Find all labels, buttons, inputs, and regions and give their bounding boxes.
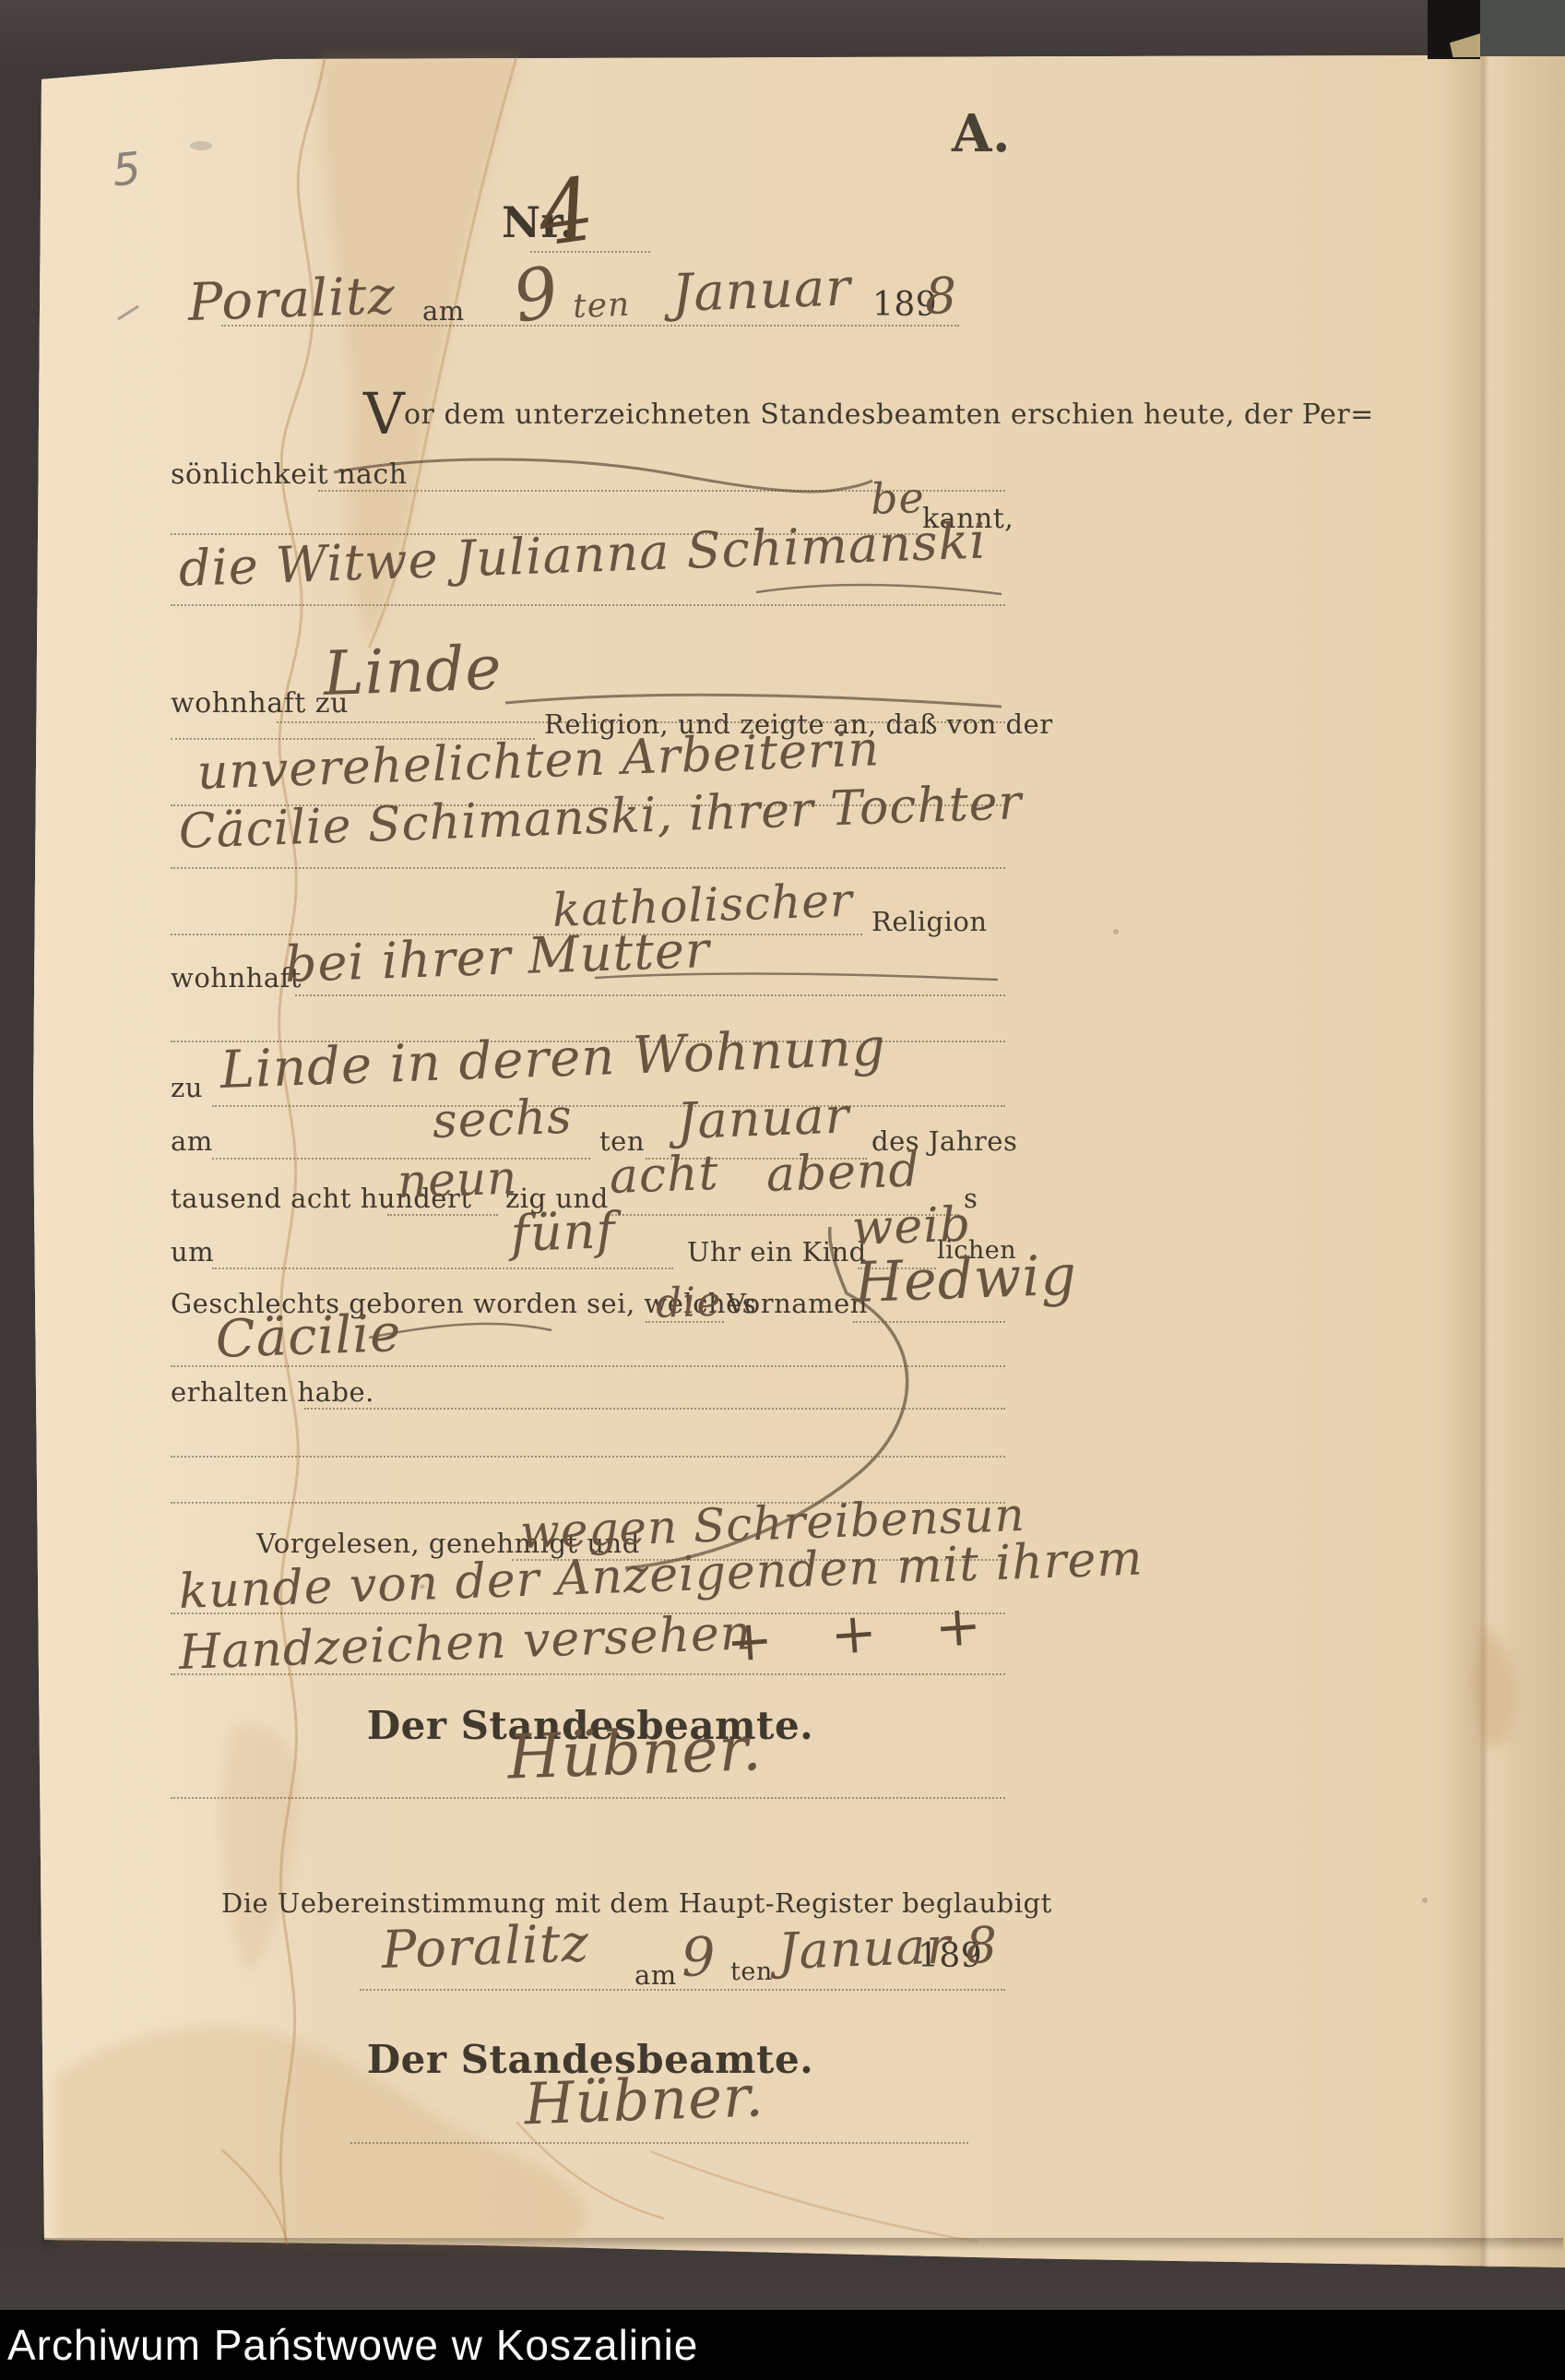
- dotted-rule: [295, 994, 1005, 996]
- residence-label: wohnhaft zu: [171, 687, 349, 720]
- erhalten-label: erhalten habe.: [171, 1376, 374, 1408]
- cert-place: Poralitz: [381, 1913, 590, 1981]
- head-date-ten: ten: [573, 286, 631, 326]
- birthtime-uhr: Uhr ein Kind: [687, 1236, 867, 1267]
- birthdate-unit: acht: [609, 1146, 720, 1205]
- religion-label: Religion: [871, 906, 988, 937]
- dotted-rule: [212, 1105, 1005, 1107]
- document-scan: 5 A. Nr. 4 Poralitz am 9 ten Januar 189 …: [0, 0, 1565, 2380]
- dotted-rule: [171, 1365, 1005, 1367]
- dotted-rule: [171, 1797, 1005, 1799]
- fold-crease: [1439, 54, 1565, 2267]
- dotted-rule: [171, 1673, 1005, 1675]
- dotted-rule: [646, 1321, 724, 1323]
- archive-bar: Archiwum Państwowe w Koszalinie: [0, 2310, 1565, 2380]
- dotted-rule: [350, 2142, 968, 2144]
- dotted-rule: [212, 1267, 673, 1269]
- head-date-year-digit: 8: [924, 267, 959, 326]
- certification-statement: Die Uebereinstimmung mit dem Haupt-Regis…: [221, 1887, 1052, 1919]
- cert-am: am: [634, 1959, 677, 1991]
- birthdate-daytime: abend: [765, 1142, 921, 1203]
- cert-ten: ten: [730, 1958, 773, 1986]
- dotted-rule: [853, 1321, 1005, 1323]
- die-handwritten: die: [655, 1279, 722, 1327]
- cert-day: 9: [681, 1925, 717, 1989]
- head-date-place: Poralitz: [187, 266, 397, 333]
- archive-bar-text: Archiwum Państwowe w Koszalinie: [7, 2320, 698, 2370]
- residence-value: Linde: [322, 632, 503, 709]
- vornamen-label: Vornamen: [727, 1288, 868, 1319]
- birthtime-um: um: [171, 1236, 214, 1267]
- binding-block: [1480, 0, 1565, 56]
- intro-line2: sönlichkeit nach: [171, 458, 408, 491]
- corner-stamp: A.: [952, 103, 1011, 164]
- birthdate-decade: neun: [397, 1150, 518, 1208]
- dotted-rule: [304, 1408, 1005, 1410]
- head-date-month: Januar: [671, 257, 852, 324]
- dotted-rule: [171, 867, 1005, 869]
- birthplace-label: zu: [171, 1072, 203, 1103]
- intro-line1: or dem unterzeichneten Standesbeamten er…: [404, 399, 1374, 431]
- birthdate-month: Januar: [676, 1086, 850, 1150]
- dotted-rule: [221, 325, 959, 327]
- pencil-page-number: 5: [110, 143, 143, 197]
- given-name-1: Hedwig: [854, 1244, 1078, 1315]
- dotted-rule: [171, 1456, 1005, 1458]
- residence2-label: wohnhaft: [171, 962, 302, 994]
- dotted-rule: [171, 604, 1005, 606]
- birthtime-hour: fünf: [510, 1201, 617, 1263]
- cert-year-digit: 8: [965, 1916, 1000, 1975]
- paper-bottom-shadow: [41, 2238, 1563, 2251]
- dotted-rule: [387, 1214, 498, 1216]
- intro-initial: V: [363, 380, 405, 447]
- birthdate-day: sechs: [432, 1089, 574, 1149]
- dotted-rule: [360, 1989, 1005, 1991]
- head-date-am: am: [422, 295, 465, 327]
- given-name-2: Cäcilie: [215, 1303, 403, 1370]
- birthdate-am: am: [171, 1125, 213, 1157]
